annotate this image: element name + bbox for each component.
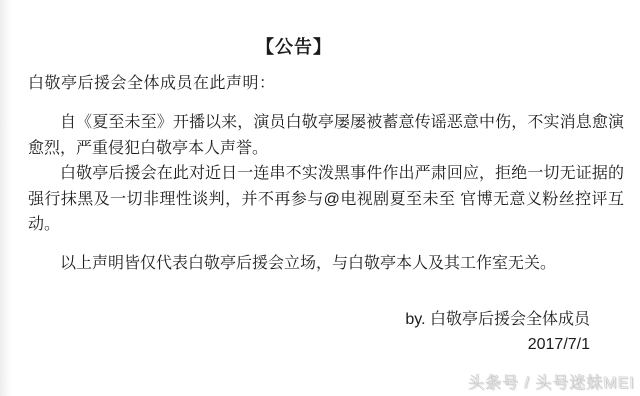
date-line: 2017/7/1 xyxy=(405,332,590,357)
signature-line: by. 白敬亭后援会全体成员 xyxy=(405,307,590,332)
paragraph-3: 以上声明皆仅代表白敬亭后援会立场，与白敬亭本人及其工作室无关。 xyxy=(28,251,624,277)
watermark-text: 头条号 / 头号迷妹MEI xyxy=(468,370,635,393)
signature-block: by. 白敬亭后援会全体成员 2017/7/1 xyxy=(405,307,590,357)
announcement-title: 【公告】 xyxy=(0,33,588,59)
paragraph-2: 白敬亭后援会在此对近日一连串不实泼黑事件作出严肃回应，拒绝一切无证据的强行抹黑及… xyxy=(28,161,624,238)
declaration-line: 白敬亭后援会全体成员在此声明： xyxy=(28,70,276,93)
announcement-document: 【公告】 白敬亭后援会全体成员在此声明： 自《夏至未至》开播以来，演员白敬亭屡屡… xyxy=(0,0,640,396)
paragraph-1: 自《夏至未至》开播以来，演员白敬亭屡屡被蓄意传谣恶意中伤，不实消息愈演愈烈，严重… xyxy=(28,110,624,161)
announcement-body: 自《夏至未至》开播以来，演员白敬亭屡屡被蓄意传谣恶意中伤，不实消息愈演愈烈，严重… xyxy=(28,110,624,276)
page-edge-shading xyxy=(0,0,11,396)
